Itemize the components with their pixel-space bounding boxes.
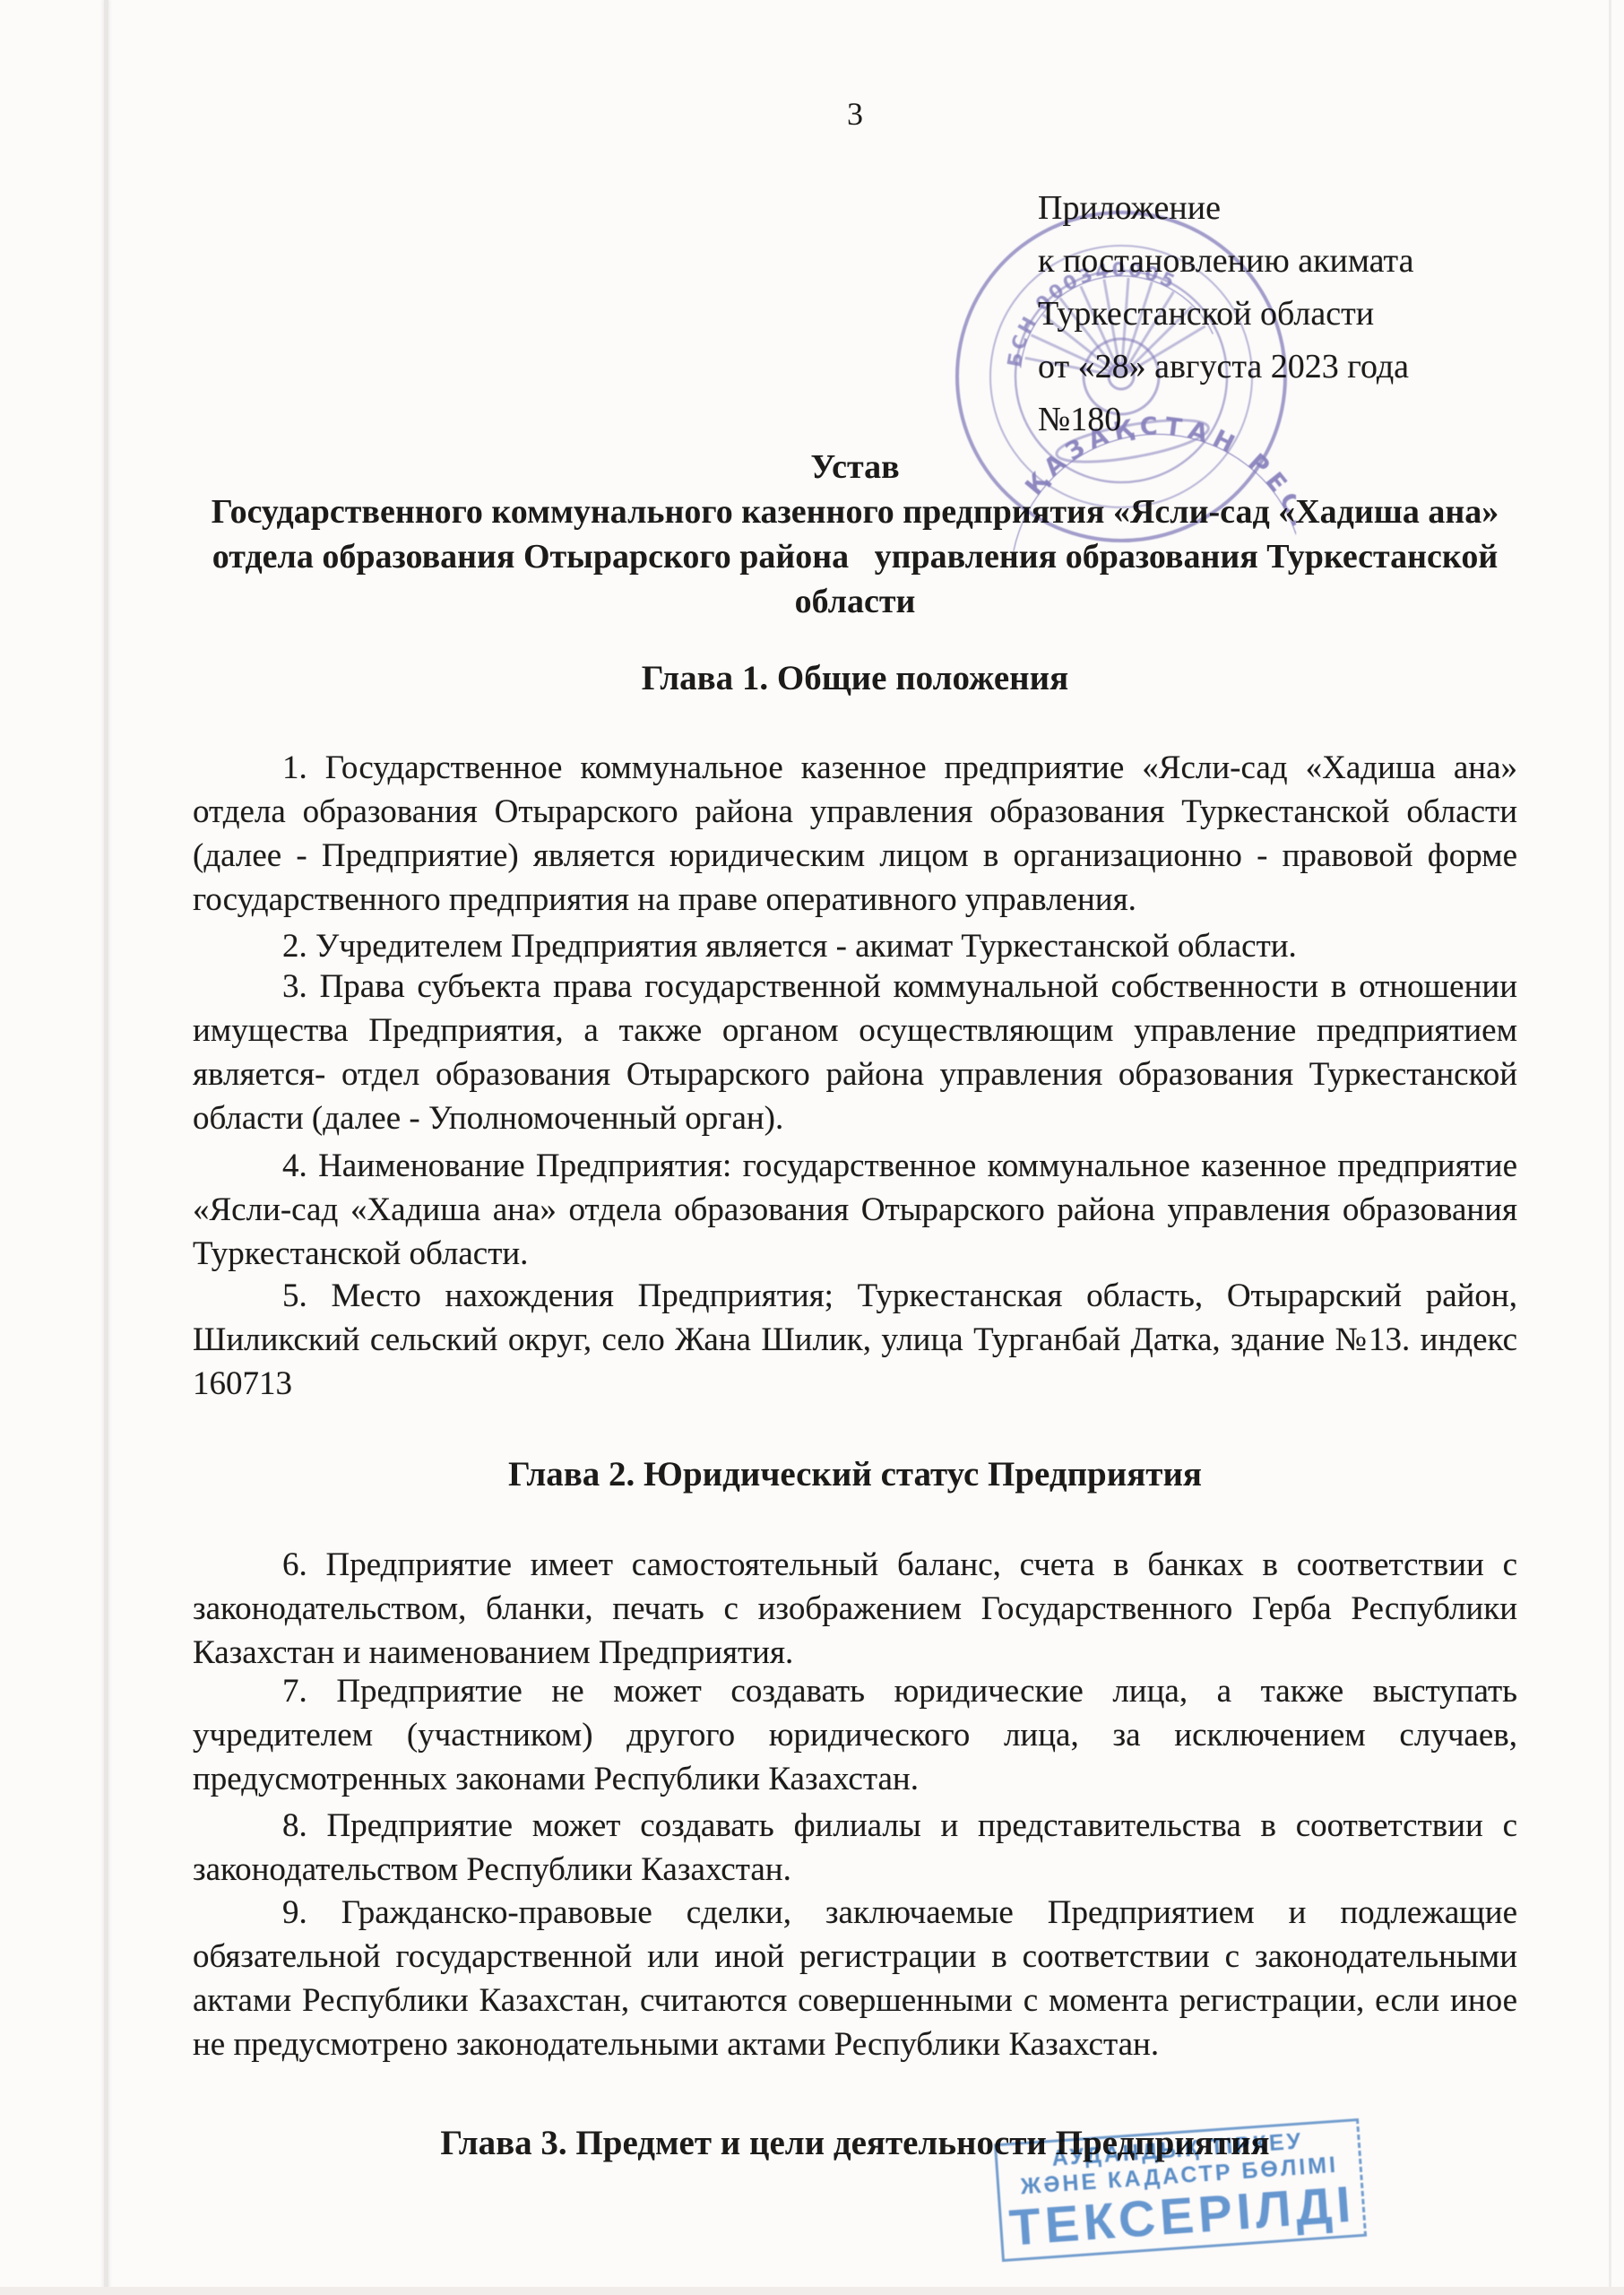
appendix-line: к постановлению акимата — [1038, 235, 1540, 288]
title-line: отдела образования Отырарского района уп… — [193, 534, 1517, 579]
appendix-line: Приложение — [1038, 182, 1540, 235]
document-title: Устав Государственного коммунального каз… — [193, 445, 1517, 624]
scanned-document-page: { "page": { "number": "3" }, "appendix":… — [0, 0, 1624, 2295]
chapter-2-heading: Глава 2. Юридический статус Предприятия — [193, 1452, 1517, 1496]
paragraph-4: 4. Наименование Предприятия: государстве… — [193, 1144, 1517, 1276]
paragraph-3: 3. Права субъекта права государственной … — [193, 965, 1517, 1140]
appendix-line: Туркестанской области — [1038, 288, 1540, 341]
appendix-line: №180 — [1038, 394, 1540, 446]
appendix-line: от «28» августа 2023 года — [1038, 341, 1540, 394]
appendix-block: Приложение к постановлению акимата Турке… — [1038, 182, 1540, 446]
title-line: Государственного коммунального казенного… — [193, 489, 1517, 534]
verification-stamp: АУДАНДЫҚ ТІРКЕУ ЖӘНЕ КАДАСТР БӨЛІМІ ТЕКС… — [994, 2118, 1367, 2262]
scan-edge-bottom — [0, 2287, 1624, 2295]
paragraph-2: 2. Учредителем Предприятия является - ак… — [193, 924, 1517, 968]
chapter-1-heading: Глава 1. Общие положения — [193, 656, 1517, 700]
paragraph-7: 7. Предприятие не может создавать юридич… — [193, 1669, 1517, 1801]
title-line: Устав — [193, 445, 1517, 489]
paragraph-1: 1. Государственное коммунальное казенное… — [193, 746, 1517, 922]
paragraph-9: 9. Гражданско-правовые сделки, заключаем… — [193, 1891, 1517, 2066]
paragraph-6: 6. Предприятие имеет самостоятельный бал… — [193, 1543, 1517, 1675]
paragraph-8: 8. Предприятие может создавать филиалы и… — [193, 1804, 1517, 1892]
page-number: 3 — [193, 93, 1517, 134]
title-line: области — [193, 579, 1517, 624]
scan-edge-left — [104, 0, 108, 2295]
paragraph-5: 5. Место нахождения Предприятия; Туркест… — [193, 1274, 1517, 1406]
scan-edge-right — [1609, 0, 1611, 2295]
